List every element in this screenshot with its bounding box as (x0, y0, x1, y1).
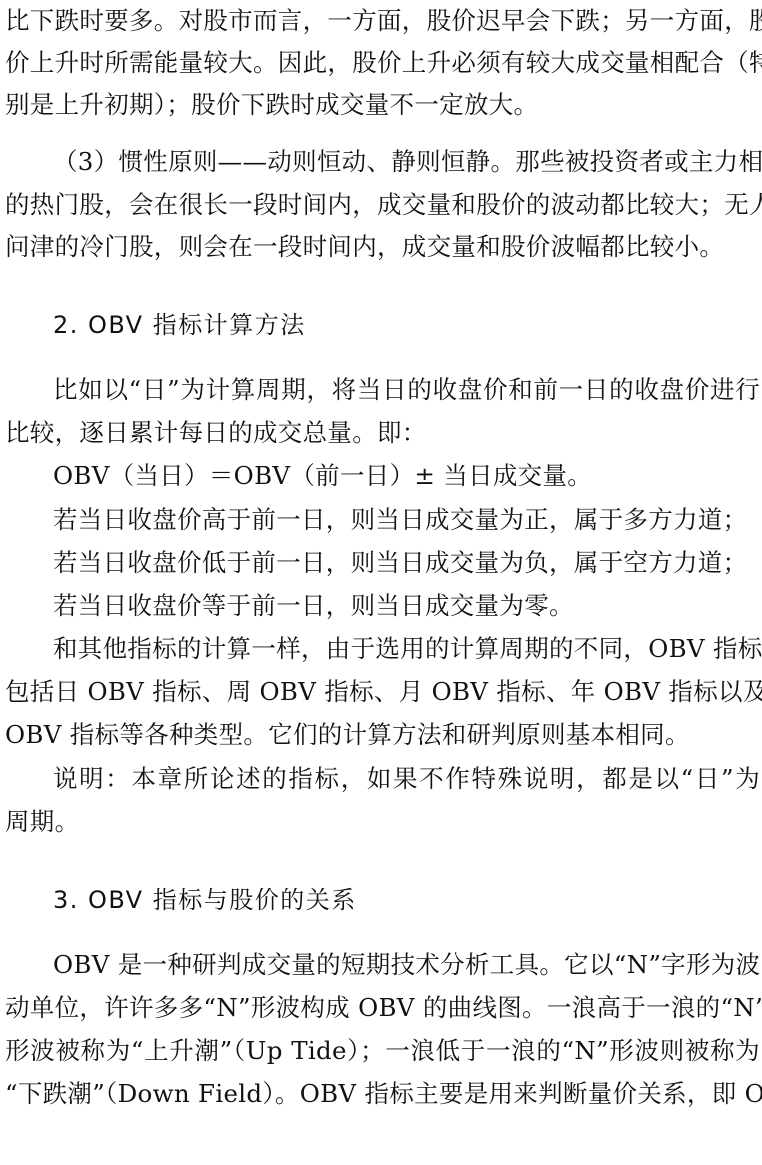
text-line: 说明：本章所论述的指标，如果不作特殊说明，都是以“日”为 (53, 764, 760, 794)
text-line: 比如以“日”为计算周期，将当日的收盘价和前一日的收盘价进行 (53, 375, 760, 405)
text-line: 包括日 OBV 指标、周 OBV 指标、月 OBV 指标、年 OBV 指标以及分… (5, 677, 760, 707)
obv-formula: OBV（当日）＝OBV（前一日）± 当日成交量。 (53, 461, 592, 491)
text-line: “下跌潮”（Down Field）。OBV 指标主要是用来判断量价关系，即 OB… (5, 1079, 760, 1109)
text-line: OBV 指标等各种类型。它们的计算方法和研判原则基本相同。 (5, 720, 690, 750)
section-heading-obv-calculation: 2. OBV 指标计算方法 (53, 310, 306, 340)
text-line: 价上升时所需能量较大。因此，股价上升必须有较大成交量相配合（特 (5, 48, 760, 78)
text-line: 别是上升初期）；股价下跌时成交量不一定放大。 (5, 90, 538, 120)
text-line: 动单位，许许多多“N”形波构成 OBV 的曲线图。一浪高于一浪的“N” (5, 993, 760, 1023)
text-line: 问津的冷门股，则会在一段时间内，成交量和股价波幅都比较小。 (5, 232, 724, 262)
text-line: 的热门股，会在很长一段时间内，成交量和股价的波动都比较大；无人 (5, 190, 760, 220)
text-line: 和其他指标的计算一样，由于选用的计算周期的不同，OBV 指标也 (53, 634, 760, 664)
rule-line: 若当日收盘价等于前一日，则当日成交量为零。 (53, 591, 574, 621)
text-line: 周期。 (5, 807, 79, 837)
rule-line: 若当日收盘价低于前一日，则当日成交量为负，属于空方力道； (53, 548, 747, 578)
text-line: 形波被称为“上升潮”（Up Tide）；一浪低于一浪的“N”形波则被称为 (5, 1036, 760, 1066)
rule-line: 若当日收盘价高于前一日，则当日成交量为正，属于多方力道； (53, 505, 747, 535)
section-heading-obv-price-relation: 3. OBV 指标与股价的关系 (53, 885, 357, 915)
text-line: 比下跌时要多。对股市而言，一方面，股价迟早会下跌；另一方面，股 (5, 6, 760, 36)
text-line: 比较，逐日累计每日的成交总量。即： (5, 418, 427, 448)
text-line: （3）惯性原则——动则恒动、静则恒静。那些被投资者或主力相中 (53, 147, 760, 177)
text-line: OBV 是一种研判成交量的短期技术分析工具。它以“N”字形为波 (53, 950, 760, 980)
